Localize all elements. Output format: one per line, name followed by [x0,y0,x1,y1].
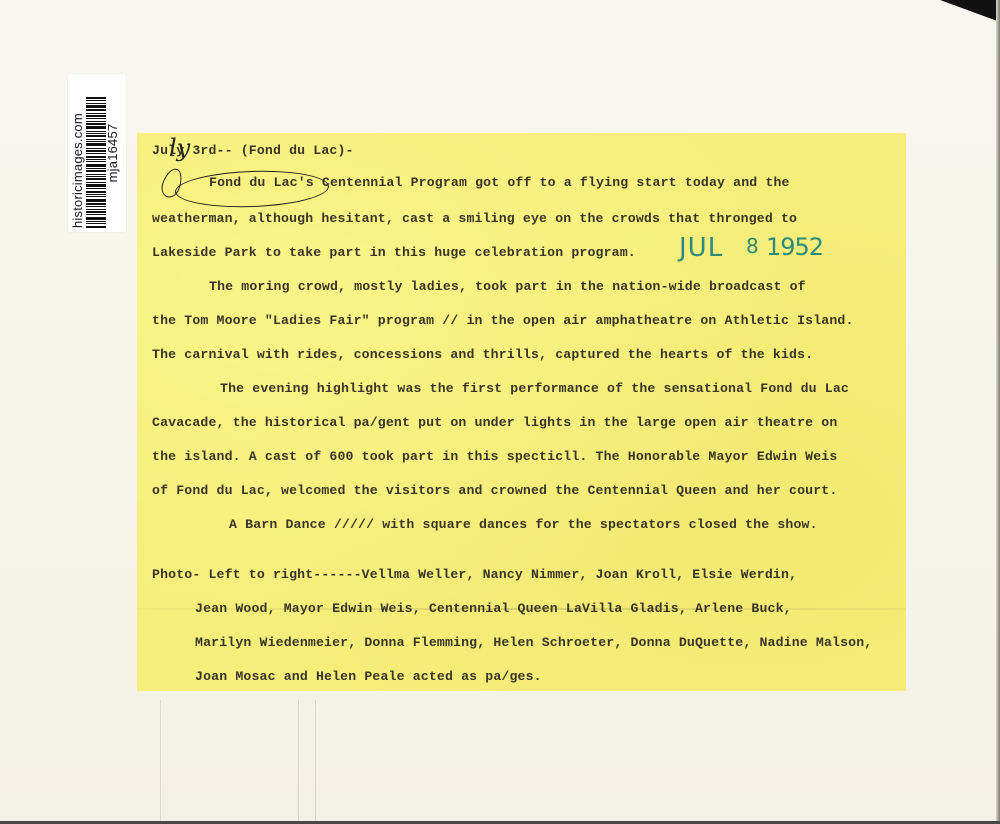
date-stamp-year: 1952 [766,233,823,261]
caption-line: A Barn Dance ///// with square dances fo… [229,517,818,532]
paper-crease [315,700,316,824]
paper-crease [298,700,299,824]
caption-line: Fond du Lac's Centennial Program got off… [209,175,790,190]
photo-edge [996,0,1000,824]
label-id: mja16457 [106,78,120,228]
caption-line: Marilyn Wiedenmeier, Donna Flemming, Hel… [195,635,872,650]
paper-crease [160,700,161,824]
barcode [86,78,106,228]
handwritten-correction: ly [169,134,190,162]
caption-line: the island. A cast of 600 took part in t… [152,449,837,464]
corner-shadow [940,0,1000,22]
caption-line: Photo- Left to right------Vellma Weller,… [152,567,797,582]
date-stamp-day: 8 [746,234,759,258]
caption-line: the Tom Moore "Ladies Fair" program // i… [152,313,854,328]
caption-line: The carnival with rides, concessions and… [152,347,813,362]
caption-line: Cavacade, the historical pa/gent put on … [152,415,837,430]
caption-line: weatherman, although hesitant, cast a sm… [152,211,797,226]
caption-line: The evening highlight was the first perf… [220,381,849,396]
caption-line: Lakeside Park to take part in this huge … [152,245,636,260]
caption-line: The moring crowd, mostly ladies, took pa… [209,279,806,294]
caption-line: Jean Wood, Mayor Edwin Weis, Centennial … [195,601,792,616]
label-site: historicimages.com [71,78,85,228]
caption-line: of Fond du Lac, welcomed the visitors an… [152,483,837,498]
barcode-label: historicimages.com mja16457 [68,74,126,232]
caption-line: Joan Mosac and Helen Peale acted as pa/g… [195,669,542,684]
date-stamp-month: JUL [679,233,723,263]
